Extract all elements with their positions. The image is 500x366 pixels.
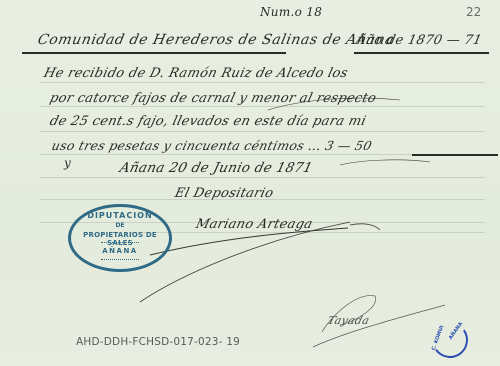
document-page: 22 Num.o 18 Comunidad de Herederos de Sa… bbox=[0, 0, 500, 366]
stamp-line-3: PROPIETARIOS DE SALES bbox=[71, 231, 169, 247]
amount-underline bbox=[412, 154, 498, 156]
receipt-number: Num.o 18 bbox=[260, 5, 322, 19]
signatory-arteaga: Mariano Arteaga bbox=[194, 217, 314, 232]
stamp-divider bbox=[101, 242, 139, 244]
stamp-line-4: AÑANA bbox=[71, 247, 169, 255]
ruled-line bbox=[40, 177, 485, 178]
signatory-depositario: El Depositario bbox=[173, 186, 275, 201]
place-date: Añana 20 de Junio de 1871 bbox=[118, 160, 314, 176]
heading-rule bbox=[354, 52, 489, 54]
stamp-divider bbox=[101, 259, 139, 261]
ruled-line bbox=[40, 82, 485, 83]
stamp-line-1: DIPUTACION bbox=[71, 211, 169, 220]
diputacion-oval-stamp: DIPUTACION DE PROPIETARIOS DE SALES AÑAN… bbox=[68, 204, 172, 272]
ruled-line bbox=[130, 232, 485, 233]
signature-flourish bbox=[0, 0, 500, 366]
document-heading: Comunidad de Herederos de Salinas de Aña… bbox=[36, 32, 396, 48]
body-line-3: de 25 cent.s fajo, llevados en este día … bbox=[48, 114, 368, 129]
archive-reference-code: AHD-DDH-FCHSD-017-023- 19 bbox=[76, 336, 240, 348]
ruled-line bbox=[40, 106, 485, 107]
body-line-4: uso tres pesetas y cincuenta céntimos ..… bbox=[50, 138, 373, 153]
heading-rule bbox=[22, 52, 286, 54]
body-line-5: y bbox=[64, 156, 71, 170]
year-label: Año de 1870 — 71 bbox=[354, 33, 483, 48]
page-number: 22 bbox=[466, 5, 481, 19]
body-line-2: por catorce fajos de carnal y menor al r… bbox=[48, 91, 378, 106]
signatory-tayada: Tayada bbox=[326, 314, 370, 327]
stamp-line-2: DE bbox=[71, 222, 169, 229]
ruled-line bbox=[40, 131, 485, 132]
body-line-1: He recibido de D. Ramón Ruiz de Alcedo l… bbox=[42, 66, 349, 81]
